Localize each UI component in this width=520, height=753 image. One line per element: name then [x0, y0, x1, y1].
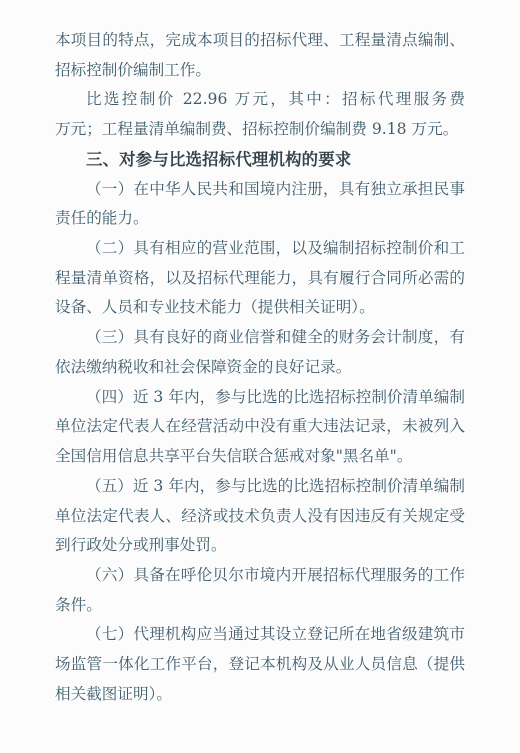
text-line: 责任的能力。	[55, 204, 465, 234]
text-line: 条件。	[55, 591, 465, 621]
text-line: 程量清单资格，以及招标代理能力，具有履行合同所必需的	[55, 264, 465, 294]
text-line: （四）近 3 年内，参与比选的比选招标控制价清单编制	[55, 383, 465, 413]
text-line: 招标控制价编制工作。	[55, 56, 465, 86]
text-line: （七）代理机构应当通过其设立登记所在地省级建筑市	[55, 620, 465, 650]
text-line: 比选控制价 22.96 万元，其中：招标代理服务费 13.78	[55, 85, 465, 115]
text-line: （一）在中华人民共和国境内注册，具有独立承担民事	[55, 175, 465, 205]
text-line: 单位法定代表人在经营活动中没有重大违法记录，未被列入	[55, 412, 465, 442]
text-line: （五）近 3 年内，参与比选的比选招标控制价清单编制	[55, 472, 465, 502]
section-heading: 三、对参与比选招标代理机构的要求	[55, 145, 465, 175]
text-line: （二）具有相应的营业范围，以及编制招标控制价和工	[55, 234, 465, 264]
text-line: 设备、人员和专业技术能力（提供相关证明）。	[55, 293, 465, 323]
text-line: 依法缴纳税收和社会保障资金的良好记录。	[55, 353, 465, 383]
text-line: 到行政处分或刑事处罚。	[55, 531, 465, 561]
text-line: 场监管一体化工作平台，登记本机构及从业人员信息（提供	[55, 650, 465, 680]
text-line: （六）具备在呼伦贝尔市境内开展招标代理服务的工作	[55, 561, 465, 591]
document-content: 本项目的特点，完成本项目的招标代理、工程量清点编制、招标控制价编制工作。比选控制…	[55, 26, 465, 710]
text-line: 单位法定代表人、经济或技术负责人没有因违反有关规定受	[55, 502, 465, 532]
text-line: 本项目的特点，完成本项目的招标代理、工程量清点编制、	[55, 26, 465, 56]
text-line: （三）具有良好的商业信誉和健全的财务会计制度，有	[55, 323, 465, 353]
text-line: 万元；工程量清单编制费、招标控制价编制费 9.18 万元。	[55, 115, 465, 145]
document-page: 本项目的特点，完成本项目的招标代理、工程量清点编制、招标控制价编制工作。比选控制…	[0, 0, 520, 753]
text-line: 相关截图证明）。	[55, 680, 465, 710]
text-line: 全国信用信息共享平台失信联合惩戒对象"黑名单"。	[55, 442, 465, 472]
